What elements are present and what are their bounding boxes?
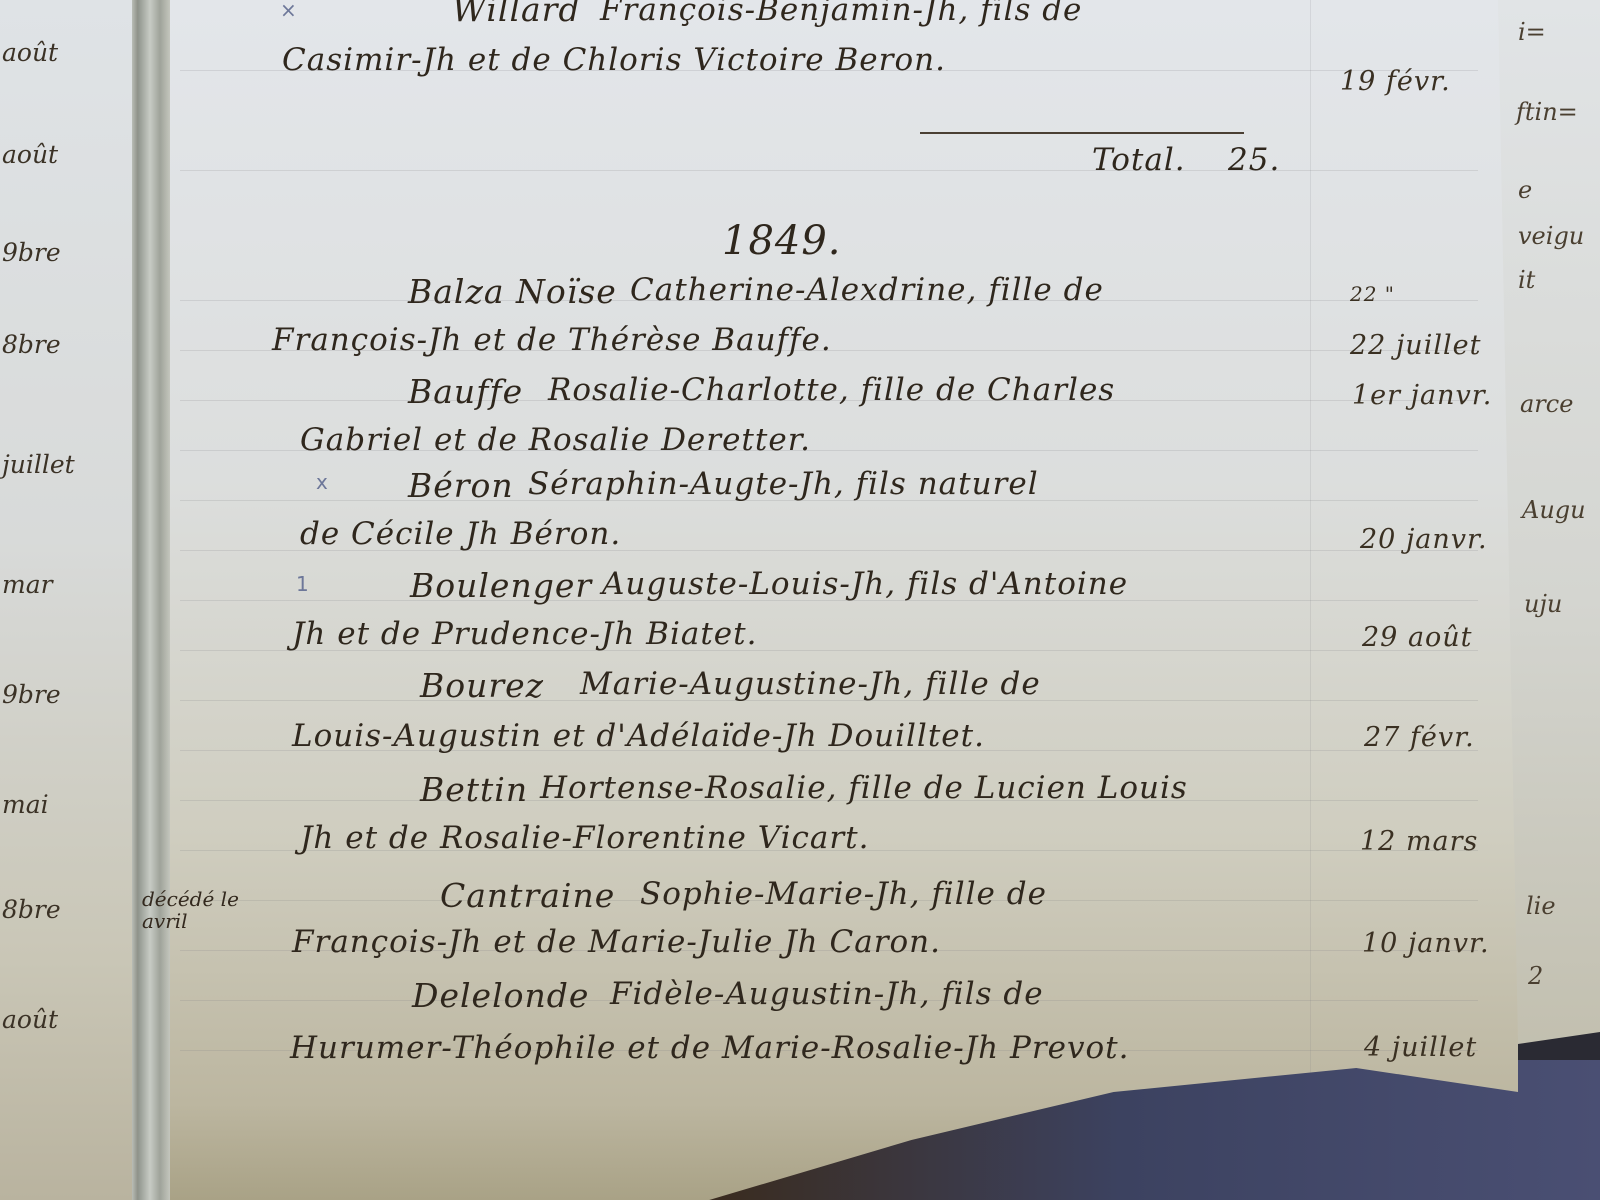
entry-line1: François-Benjamin-Jh, fils de — [600, 0, 1082, 28]
entry-line1: Auguste-Louis-Jh, fils d'Antoine — [602, 566, 1128, 602]
total-label: Total. — [1092, 142, 1186, 178]
right-page-text: uju — [1524, 590, 1562, 618]
left-margin-date: mar — [2, 570, 53, 599]
entry-surname: Willard — [452, 0, 581, 29]
left-margin-date: août — [2, 1005, 58, 1034]
entry-date: 29 août — [1362, 622, 1473, 653]
entry-line2: Casimir-Jh et de Chloris Victoire Beron. — [282, 42, 946, 78]
left-margin-date: 9bre — [2, 238, 61, 267]
right-page-text: it — [1518, 266, 1535, 294]
pencil-x-mark: x — [316, 470, 328, 494]
entry-line2: François-Jh et de Marie-Julie Jh Caron. — [292, 924, 941, 960]
right-page-text: 2 — [1528, 962, 1543, 990]
entry-line2: de Cécile Jh Béron. — [300, 516, 621, 552]
entry-line1: Hortense-Rosalie, fille de Lucien Louis — [540, 770, 1188, 806]
entry-surname: Cantraine — [440, 876, 615, 915]
entry-date: 1er janvr. — [1352, 380, 1492, 411]
entry-surname: Boulenger — [410, 566, 592, 605]
entry-line1: Séraphin-Augte-Jh, fils naturel — [528, 466, 1039, 502]
left-margin-date: 9bre — [2, 680, 61, 709]
left-margin-date: 8bre — [2, 330, 61, 359]
entry-line1: Catherine-Alexdrine, fille de — [630, 272, 1104, 308]
entry-line1: Sophie-Marie-Jh, fille de — [640, 876, 1047, 912]
entry-date: 12 mars — [1360, 826, 1478, 857]
right-page-text: i= — [1518, 18, 1546, 46]
left-margin-date: août — [2, 38, 58, 67]
entry-date: 22 juillet — [1350, 330, 1481, 361]
entry-surname: Bettin — [420, 770, 528, 809]
death-note-line: décédé le — [142, 888, 239, 910]
left-margin-date: août — [2, 140, 58, 169]
entry-date: 10 janvr. — [1362, 928, 1490, 959]
entry-line1: Rosalie-Charlotte, fille de Charles — [548, 372, 1115, 408]
entry-surname: Bauffe — [408, 372, 523, 411]
total-underline — [920, 132, 1244, 134]
entry-line2: Jh et de Prudence-Jh Biatet. — [292, 616, 757, 652]
entry-date: 20 janvr. — [1360, 524, 1488, 555]
register-photo: août août 9bre 8bre juillet mar 9bre mai… — [0, 0, 1600, 1200]
death-note-line: avril — [142, 910, 239, 932]
entry-line2: Gabriel et de Rosalie Deretter. — [300, 422, 811, 458]
pencil-number-mark: 1 — [296, 572, 309, 596]
entry-line2: Louis-Augustin et d'Adélaïde-Jh Douillte… — [292, 718, 985, 754]
right-page-text: arce — [1520, 390, 1573, 418]
entry-surname: Balza Noïse — [408, 272, 617, 311]
entry-line1: Fidèle-Augustin-Jh, fils de — [610, 976, 1044, 1012]
entry-date-note: 22 " — [1350, 282, 1395, 306]
left-margin-date: mai — [2, 790, 49, 819]
entry-line2: François-Jh et de Thérèse Bauffe. — [272, 322, 832, 358]
right-page-text: veigu — [1518, 222, 1584, 250]
right-page-text: e — [1518, 176, 1532, 204]
year-heading: 1849. — [722, 218, 842, 264]
right-page-text: Augu — [1522, 496, 1586, 524]
right-page-text: lie — [1526, 892, 1556, 920]
entry-date: 27 févr. — [1364, 722, 1475, 753]
death-margin-note: décédé le avril — [142, 888, 239, 932]
total-value: 25. — [1228, 142, 1280, 178]
entry-surname: Delelonde — [412, 976, 589, 1015]
right-page-text: ftin= — [1516, 98, 1578, 126]
entry-line2: Jh et de Rosalie-Florentine Vicart. — [300, 820, 869, 856]
pencil-x-mark: × — [280, 0, 297, 22]
entry-date: 19 févr. — [1340, 66, 1451, 97]
left-margin-date: juillet — [2, 450, 75, 479]
entry-line2: Hurumer-Théophile et de Marie-Rosalie-Jh… — [290, 1030, 1129, 1066]
left-margin-date: 8bre — [2, 895, 61, 924]
entry-surname: Bourez — [420, 666, 544, 705]
entry-surname: Béron — [408, 466, 514, 505]
entry-date: 4 juillet — [1364, 1032, 1477, 1063]
entry-line1: Marie-Augustine-Jh, fille de — [580, 666, 1041, 702]
left-page: août août 9bre 8bre juillet mar 9bre mai… — [0, 0, 138, 1200]
